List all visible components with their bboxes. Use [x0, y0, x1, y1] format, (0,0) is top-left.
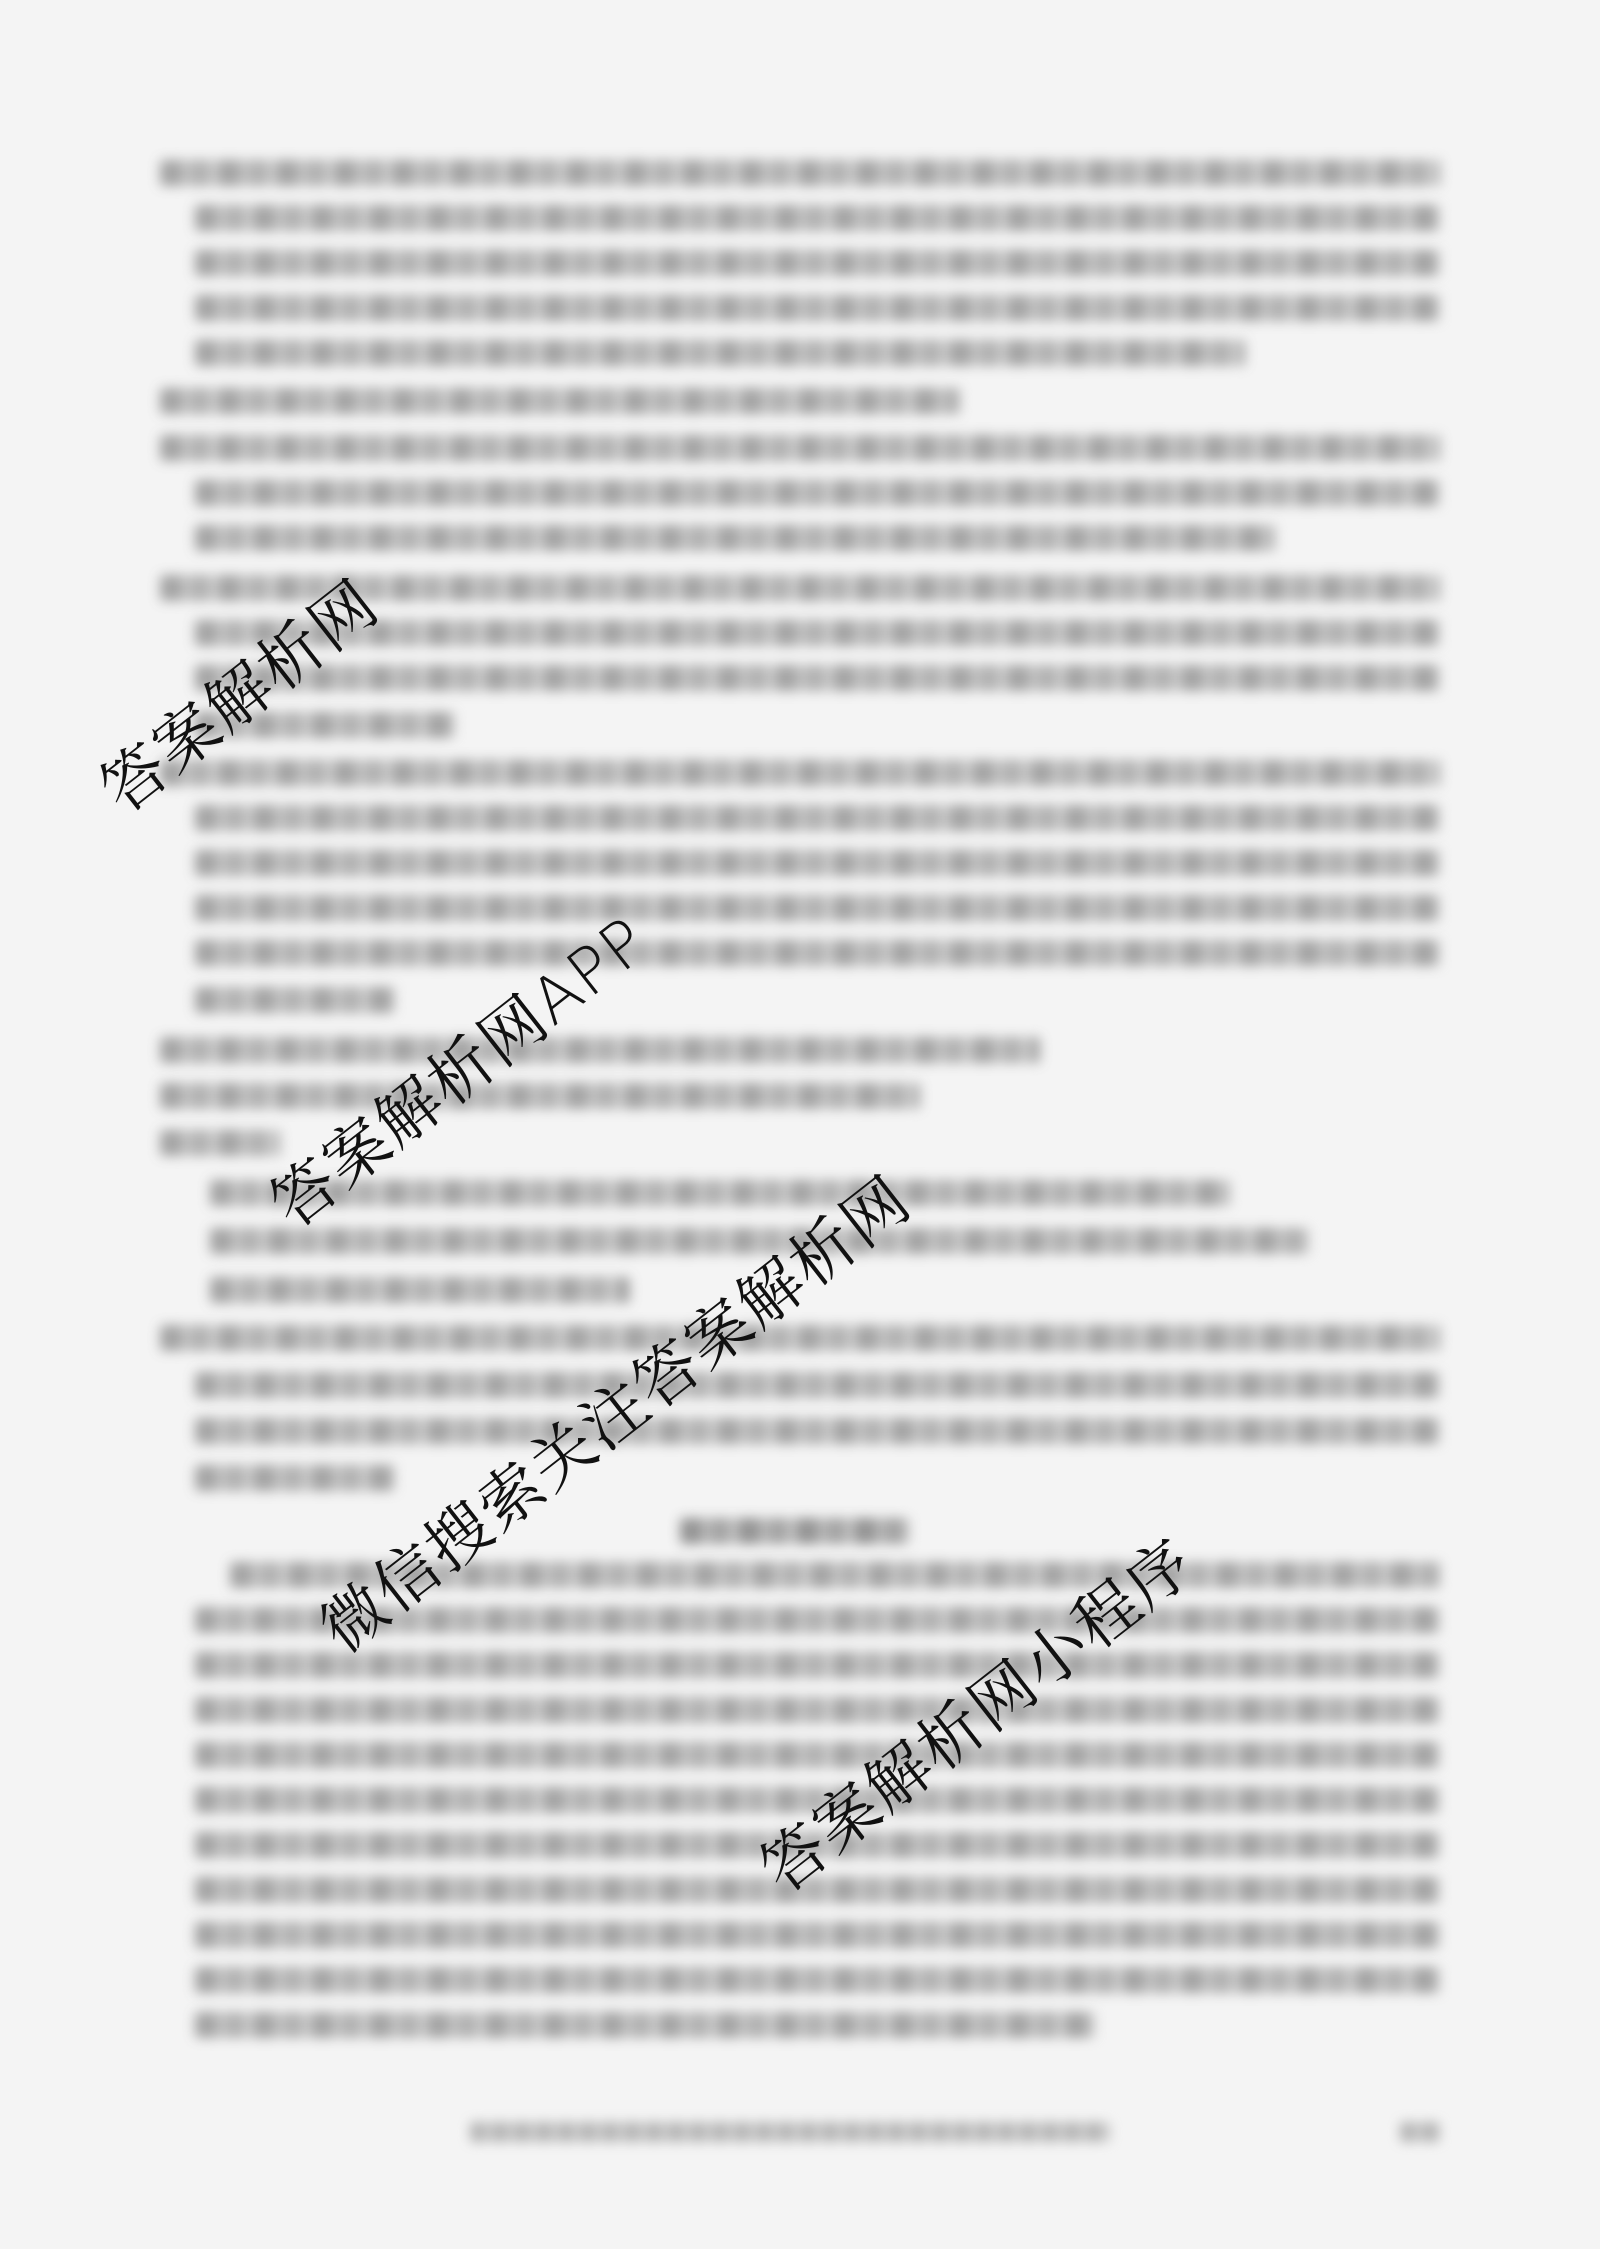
text-line-blurred — [195, 250, 1440, 276]
text-line-blurred — [195, 480, 1440, 506]
text-line-blurred — [195, 850, 1440, 876]
text-line-blurred — [195, 295, 1440, 321]
text-line-blurred — [160, 388, 960, 414]
text-line-blurred — [195, 940, 1440, 966]
text-line-blurred — [195, 1742, 1440, 1768]
text-line-blurred — [195, 1652, 1440, 1678]
text-line-blurred — [210, 1228, 1310, 1254]
text-line-blurred — [160, 1325, 1440, 1351]
text-line-blurred — [160, 1130, 280, 1156]
text-line-blurred — [195, 1922, 1440, 1948]
text-line-blurred — [160, 160, 1440, 186]
section-heading-blurred — [680, 1518, 910, 1544]
text-line-blurred — [195, 987, 395, 1013]
text-line-blurred — [195, 2012, 1095, 2038]
text-line-blurred — [195, 1372, 1440, 1398]
text-line-blurred — [160, 435, 1440, 461]
text-line-blurred — [195, 1465, 395, 1491]
text-line-blurred — [195, 1418, 1440, 1444]
text-line-blurred — [195, 665, 1440, 691]
text-line-blurred — [195, 805, 1440, 831]
text-line-blurred — [195, 1697, 1440, 1723]
text-line-blurred — [195, 1967, 1440, 1993]
text-line-blurred — [195, 340, 1245, 366]
page-number-blurred — [1400, 2122, 1440, 2142]
text-line-blurred — [160, 1083, 920, 1109]
text-line-blurred — [160, 760, 1440, 786]
text-line-blurred — [195, 895, 1440, 921]
text-line-blurred — [195, 525, 1275, 551]
text-line-blurred — [210, 1277, 630, 1303]
document-page: 答案解析网答案解析网APP微信搜索关注答案解析网答案解析网小程序 — [0, 0, 1600, 2249]
text-line-blurred — [195, 205, 1440, 231]
text-line-blurred — [160, 1037, 1040, 1063]
footer-text-blurred — [470, 2122, 1110, 2142]
